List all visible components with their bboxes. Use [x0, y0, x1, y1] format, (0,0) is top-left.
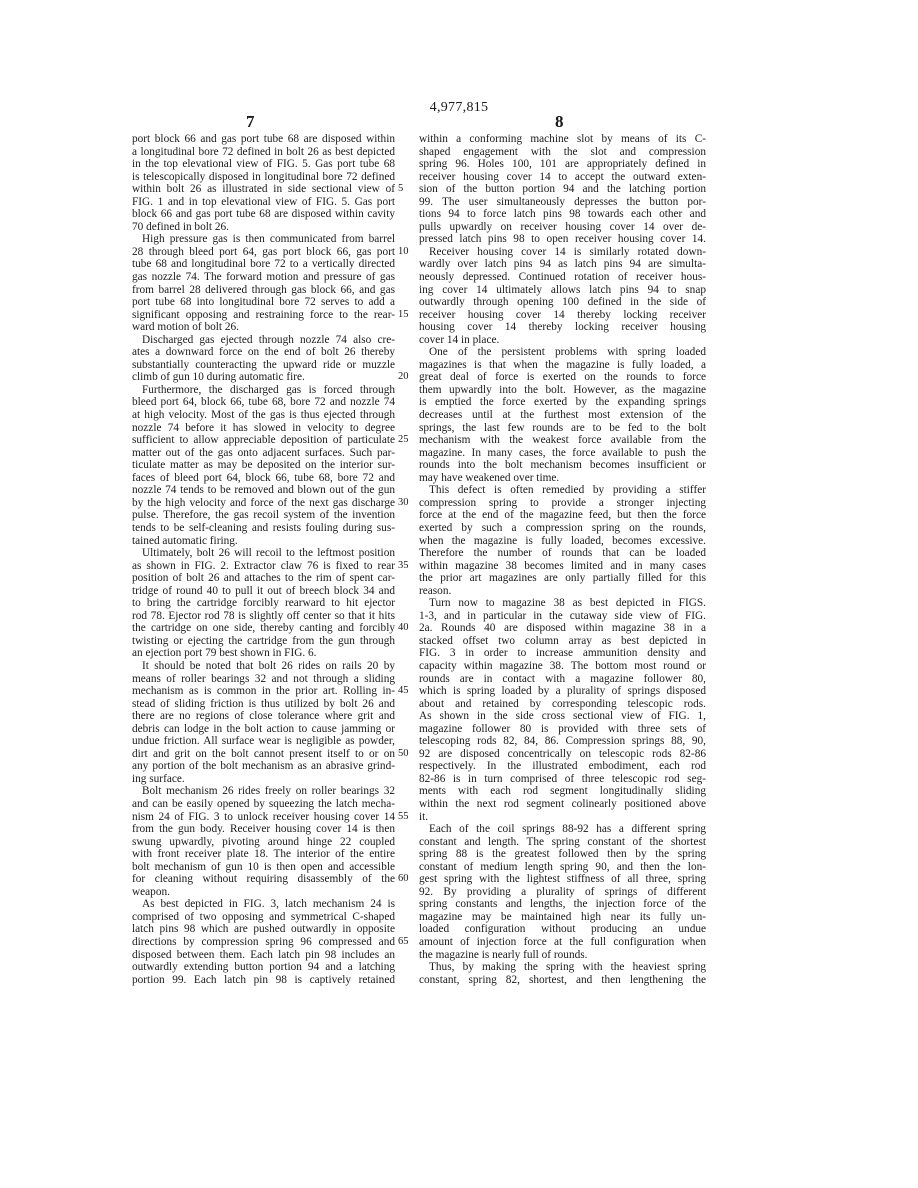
text-line: portion 99. Each latch pin 98 is captive… [132, 974, 395, 987]
text-line: within bolt 26 as illustrated in side se… [132, 183, 395, 196]
text-line: 99. The user simultaneously depresses th… [419, 196, 706, 209]
text-line: from barrel 28 delivered through gas blo… [132, 284, 395, 297]
left-column-number: 7 [246, 112, 255, 132]
text-line: ing cover 14 ultimately allows latch pin… [419, 284, 706, 297]
text-line: to bring the cartridge forcibly rearward… [132, 597, 395, 610]
text-line: means of roller bearings 32 and not thro… [132, 673, 395, 686]
text-line: as shown in FIG. 2. Extractor claw 76 is… [132, 560, 395, 573]
text-line: for cleaning without requiring disassemb… [132, 873, 395, 886]
text-line: bleed port 64, block 66, tube 68, bore 7… [132, 396, 395, 409]
text-line: the prior art magazines are only partial… [419, 572, 706, 585]
text-line: FIG. 3 in order to increase ammunition d… [419, 647, 706, 660]
line-number: 45 [398, 685, 409, 698]
text-line: gas nozzle 74. The forward motion and pr… [132, 271, 395, 284]
text-line: twisting or ejecting the cartridge from … [132, 635, 395, 648]
text-line: significant opposing and restraining for… [132, 309, 395, 322]
text-line: 1-3, and in particular in the cutaway si… [419, 610, 706, 623]
text-line: pressed latch pins 98 to open receiver h… [419, 233, 706, 246]
text-line: climb of gun 10 during automatic fire. [132, 371, 395, 384]
text-line: ments with each rod segment longitudinal… [419, 785, 706, 798]
text-line: nism 24 of FIG. 3 to unlock receiver hou… [132, 811, 395, 824]
text-line: gest spring with the lightest stiffness … [419, 873, 706, 886]
text-line: telescoping rods 82, 84, 86. Compression… [419, 735, 706, 748]
text-line: respectively. In the illustrated embodim… [419, 760, 706, 773]
text-line: mechanism with the weakest force availab… [419, 434, 706, 447]
text-line: sufficient to allow appreciable depositi… [132, 434, 395, 447]
text-line: High pressure gas is then communicated f… [132, 233, 395, 246]
text-line: when the magazine is fully loaded, becom… [419, 535, 706, 548]
line-number: 20 [398, 371, 409, 384]
text-line: FIG. 1 and in top elevational view of FI… [132, 196, 395, 209]
text-line: them upwardly into the bolt. However, as… [419, 384, 706, 397]
text-line: with front receiver plate 18. The interi… [132, 848, 395, 861]
text-line: debris can lodge in the bolt action to c… [132, 723, 395, 736]
line-number: 25 [398, 434, 409, 447]
text-line: Turn now to magazine 38 as best depicted… [419, 597, 706, 610]
line-number: 10 [398, 246, 409, 259]
text-line: within a conforming machine slot by mean… [419, 133, 706, 146]
text-line: tends to be self-cleaning and resists fo… [132, 522, 395, 535]
text-line: disposed between them. Each latch pin 98… [132, 949, 395, 962]
text-line: ing surface. [132, 773, 395, 786]
text-line: rounds into the bolt mechanism becomes i… [419, 459, 706, 472]
text-line: receiver housing cover 14 to accept the … [419, 171, 706, 184]
text-line: which is spring loaded by a plurality of… [419, 685, 706, 698]
text-line: within magazine 38 becomes limited and i… [419, 560, 706, 573]
text-line: sion of the button portion 94 and the la… [419, 183, 706, 196]
text-line: by the high velocity and force of the ne… [132, 497, 395, 510]
text-line: an ejection port 79 best shown in FIG. 6… [132, 647, 395, 660]
text-line: comprised of two opposing and symmetrica… [132, 911, 395, 924]
text-line: 2a. Rounds 40 are disposed within magazi… [419, 622, 706, 635]
text-line: Bolt mechanism 26 rides freely on roller… [132, 785, 395, 798]
text-line: capacity within magazine 38. The bottom … [419, 660, 706, 673]
text-line: pulls upwardly on receiver housing cover… [419, 221, 706, 234]
text-line: ticulate matter as may be deposited on t… [132, 459, 395, 472]
text-line: 28 through bleed port 64, gas port block… [132, 246, 395, 259]
line-number: 15 [398, 309, 409, 322]
text-line: Furthermore, the discharged gas is force… [132, 384, 395, 397]
text-line: port tube 68 into longitudinal bore 72 s… [132, 296, 395, 309]
text-line: force at the end of the magazine feed, b… [419, 509, 706, 522]
text-line: directions by compression spring 96 comp… [132, 936, 395, 949]
text-line: exerted by such a compression spring on … [419, 522, 706, 535]
text-line: magazine follower 80 is provided with th… [419, 723, 706, 736]
text-line: 70 defined in bolt 26. [132, 221, 395, 234]
text-line: One of the persistent problems with spri… [419, 346, 706, 359]
line-number: 50 [398, 748, 409, 761]
text-line: rod 78. Ejector rod 78 is slightly off c… [132, 610, 395, 623]
text-line: compression spring to provide a stronger… [419, 497, 706, 510]
text-line: port block 66 and gas port tube 68 are d… [132, 133, 395, 146]
text-line: Each of the coil springs 88-92 has a dif… [419, 823, 706, 836]
text-line: Discharged gas ejected through nozzle 74… [132, 334, 395, 347]
text-line: receiver housing cover 14 thereby lockin… [419, 309, 706, 322]
text-line: swung upwardly, pivoting around hinge 22… [132, 836, 395, 849]
text-line: Receiver housing cover 14 is similarly r… [419, 246, 706, 259]
text-line: matter out of the gas onto adjacent surf… [132, 447, 395, 460]
patent-number: 4,977,815 [0, 100, 918, 116]
text-line: This defect is often remedied by providi… [419, 484, 706, 497]
text-line: 92 are disposed concentrically on telesc… [419, 748, 706, 761]
text-line: about and retained by corresponding tele… [419, 698, 706, 711]
text-line: loaded configuration without producing a… [419, 923, 706, 936]
text-line: any portion of the bolt mechanism as an … [132, 760, 395, 773]
text-line: nozzle 74 tends to be removed and blown … [132, 484, 395, 497]
text-line: may have weakened over time. [419, 472, 706, 485]
text-line: the magazine is nearly full of rounds. [419, 949, 706, 962]
right-text-column: within a conforming machine slot by mean… [419, 133, 706, 986]
text-line: stead of sliding friction is thus utiliz… [132, 698, 395, 711]
line-number: 35 [398, 560, 409, 573]
text-line: there are no regions of close tolerance … [132, 710, 395, 723]
text-line: amount of injection force at the full co… [419, 936, 706, 949]
text-line: tube 68 and longitudinal bore 72 to a ve… [132, 258, 395, 271]
text-line: it. [419, 811, 706, 824]
text-line: is telescopically disposed in longitudin… [132, 171, 395, 184]
line-number: 60 [398, 873, 409, 886]
text-line: pulse. Therefore, the gas recoil system … [132, 509, 395, 522]
text-line: tions 94 to force latch pins 98 towards … [419, 208, 706, 221]
text-line: within the next rod segment colinearly p… [419, 798, 706, 811]
text-line: great deal of force is exerted on the ro… [419, 371, 706, 384]
text-line: shaped engagement with the slot and comp… [419, 146, 706, 159]
text-line: in the top elevational view of FIG. 5. G… [132, 158, 395, 171]
text-line: spring constants and lengths, the inject… [419, 898, 706, 911]
text-line: nozzle 74 before it has slowed in veloci… [132, 422, 395, 435]
text-line: substantially counteracting the upward r… [132, 359, 395, 372]
text-line: spring 88 is the greatest followed then … [419, 848, 706, 861]
text-line: reason. [419, 585, 706, 598]
text-line: block 66 and gas port tube 68 are dispos… [132, 208, 395, 221]
text-line: As shown in the side cross sectional vie… [419, 710, 706, 723]
text-line: neously depressed. Continued rotation of… [419, 271, 706, 284]
text-line: constant, spring 82, shortest, and then … [419, 974, 706, 987]
text-line: latch pins 98 which are pushed outwardly… [132, 923, 395, 936]
text-line: spring 96. Holes 100, 101 are appropriat… [419, 158, 706, 171]
text-line: rounds are in contact with a magazine fo… [419, 673, 706, 686]
text-line: tained automatic firing. [132, 535, 395, 548]
text-line: magazines is that when the magazine is f… [419, 359, 706, 372]
text-line: ward motion of bolt 26. [132, 321, 395, 334]
text-line: constant and length. The spring constant… [419, 836, 706, 849]
text-line: the cartridge on one side, thereby canti… [132, 622, 395, 635]
line-number: 65 [398, 936, 409, 949]
line-number: 55 [398, 811, 409, 824]
text-line: stacked offset two column array as best … [419, 635, 706, 648]
text-line: constant of medium length spring 90, and… [419, 861, 706, 874]
line-number: 5 [398, 183, 403, 196]
text-line: housing cover 14 thereby locking receive… [419, 321, 706, 334]
text-line: 92. By providing a plurality of springs … [419, 886, 706, 899]
text-line: cover 14 in place. [419, 334, 706, 347]
text-line: at high velocity. Most of the gas is thu… [132, 409, 395, 422]
text-line: magazine may be maintained high near its… [419, 911, 706, 924]
text-line: As best depicted in FIG. 3, latch mechan… [132, 898, 395, 911]
text-line: magazine. In many cases, the force avail… [419, 447, 706, 460]
text-line: outwardly through opening 100 defined in… [419, 296, 706, 309]
text-line: weapon. [132, 886, 395, 899]
text-line: It should be noted that bolt 26 rides on… [132, 660, 395, 673]
left-text-column: port block 66 and gas port tube 68 are d… [132, 133, 395, 986]
text-line: undue friction. All surface wear is negl… [132, 735, 395, 748]
right-column-number: 8 [555, 112, 564, 132]
text-line: springs, the last few rounds are to be f… [419, 422, 706, 435]
text-line: bolt mechanism of gun 10 is then open an… [132, 861, 395, 874]
text-line: Therefore the number of rounds that can … [419, 547, 706, 560]
text-line: ates a downward force on the end of bolt… [132, 346, 395, 359]
text-line: from the gun body. Receiver housing cove… [132, 823, 395, 836]
line-number: 40 [398, 622, 409, 635]
text-line: wardly over latch pins 94 as latch pins … [419, 258, 706, 271]
text-line: outwardly extending button portion 94 an… [132, 961, 395, 974]
text-line: Ultimately, bolt 26 will recoil to the l… [132, 547, 395, 560]
text-line: faces of bleed port 64, block 66, tube 6… [132, 472, 395, 485]
text-line: 82-86 is in turn comprised of three tele… [419, 773, 706, 786]
text-line: Thus, by making the spring with the heav… [419, 961, 706, 974]
text-line: mechanism as is common in the prior art.… [132, 685, 395, 698]
text-line: tridge of round 40 to pull it out of bre… [132, 585, 395, 598]
text-line: position of bolt 26 and attaches to the … [132, 572, 395, 585]
text-line: dirt and grit on the bolt cannot present… [132, 748, 395, 761]
line-number: 30 [398, 497, 409, 510]
text-line: decreases until at the furthest most ext… [419, 409, 706, 422]
text-line: a longitudinal bore 72 defined in bolt 2… [132, 146, 395, 159]
text-line: and can be easily opened by squeezing th… [132, 798, 395, 811]
text-line: is emptied the force exerted by the expa… [419, 396, 706, 409]
